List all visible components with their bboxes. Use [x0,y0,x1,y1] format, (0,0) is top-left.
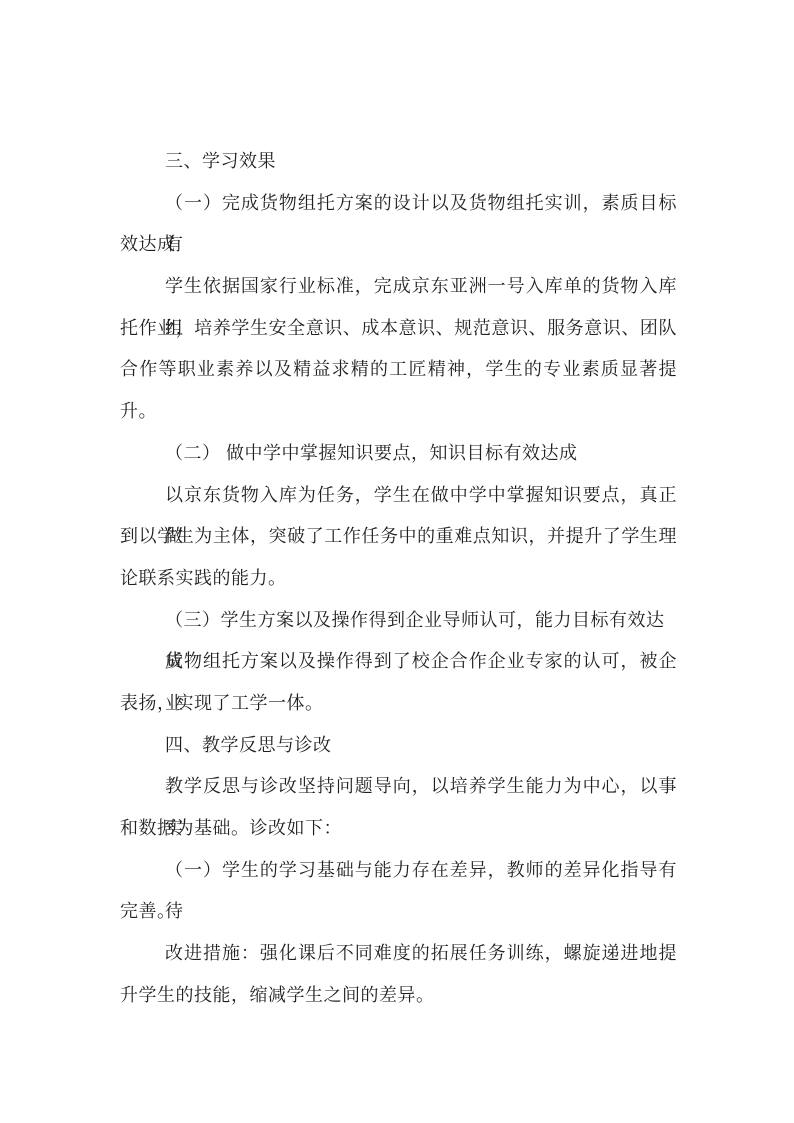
text-line: 论联系实践的能力。 [120,558,677,600]
paragraph-subheading: （一）学生的学习基础与能力存在差异，教师的差异化指导有待完善。 [120,850,677,933]
text-line: 合作等职业素养以及精益求精的工匠精神，学生的专业素质显著提 [120,349,677,391]
paragraph-subheading: （一）完成货物组托方案的设计以及货物组托实训，素质目标有效达成 [120,183,677,266]
text-line: （一）学生的学习基础与能力存在差异，教师的差异化指导有待 [120,850,677,892]
paragraph-subheading: （二） 做中学中掌握知识要点，知识目标有效达成 [120,433,677,475]
document-body: 三、学习效果（一）完成货物组托方案的设计以及货物组托实训，素质目标有效达成学生依… [120,141,677,1016]
text-line: 升学生的技能，缩减学生之间的差异。 [120,975,677,1017]
text-line: 改进措施：强化课后不同难度的拓展任务训练，螺旋递进地提 [120,933,677,975]
paragraph-body: 改进措施：强化课后不同难度的拓展任务训练，螺旋递进地提升学生的技能，缩减学生之间… [120,933,677,1016]
paragraph-heading: 三、学习效果 [120,141,677,183]
text-line: 三、学习效果 [120,141,677,183]
text-line: 到以学生为主体，突破了工作任务中的重难点知识，并提升了学生理 [120,516,677,558]
document-page: 三、学习效果（一）完成货物组托方案的设计以及货物组托实训，素质目标有效达成学生依… [0,0,794,1123]
text-line: （一）完成货物组托方案的设计以及货物组托实训，素质目标有 [120,183,677,225]
text-line: 学生依据国家行业标准，完成京东亚洲一号入库单的货物入库组 [120,266,677,308]
paragraph-heading: 四、教学反思与诊改 [120,725,677,767]
paragraph-subheading: （三）学生方案以及操作得到企业导师认可，能力目标有效达成 [120,600,677,642]
text-line: （三）学生方案以及操作得到企业导师认可，能力目标有效达成 [120,600,677,642]
paragraph-body: 学生依据国家行业标准，完成京东亚洲一号入库单的货物入库组托作业，培养学生安全意识… [120,266,677,433]
text-line: 四、教学反思与诊改 [120,725,677,767]
text-line: 表扬，实现了工学一体。 [120,683,677,725]
paragraph-body: 以京东货物入库为任务，学生在做中学中掌握知识要点，真正做到以学生为主体，突破了工… [120,475,677,600]
text-line: 货物组托方案以及操作得到了校企合作企业专家的认可，被企业 [120,641,677,683]
text-line: 和数据为基础。诊改如下： [120,808,677,850]
text-line: 以京东货物入库为任务，学生在做中学中掌握知识要点，真正做 [120,475,677,517]
text-line: （二） 做中学中掌握知识要点，知识目标有效达成 [120,433,677,475]
text-line: 教学反思与诊改坚持问题导向，以培养学生能力为中心，以事实 [120,766,677,808]
text-line: 完善。 [120,891,677,933]
text-line: 效达成 [120,224,677,266]
paragraph-body: 货物组托方案以及操作得到了校企合作企业专家的认可，被企业表扬，实现了工学一体。 [120,641,677,724]
text-line: 托作业，培养学生安全意识、成本意识、规范意识、服务意识、团队 [120,308,677,350]
text-line: 升。 [120,391,677,433]
paragraph-body: 教学反思与诊改坚持问题导向，以培养学生能力为中心，以事实和数据为基础。诊改如下： [120,766,677,849]
